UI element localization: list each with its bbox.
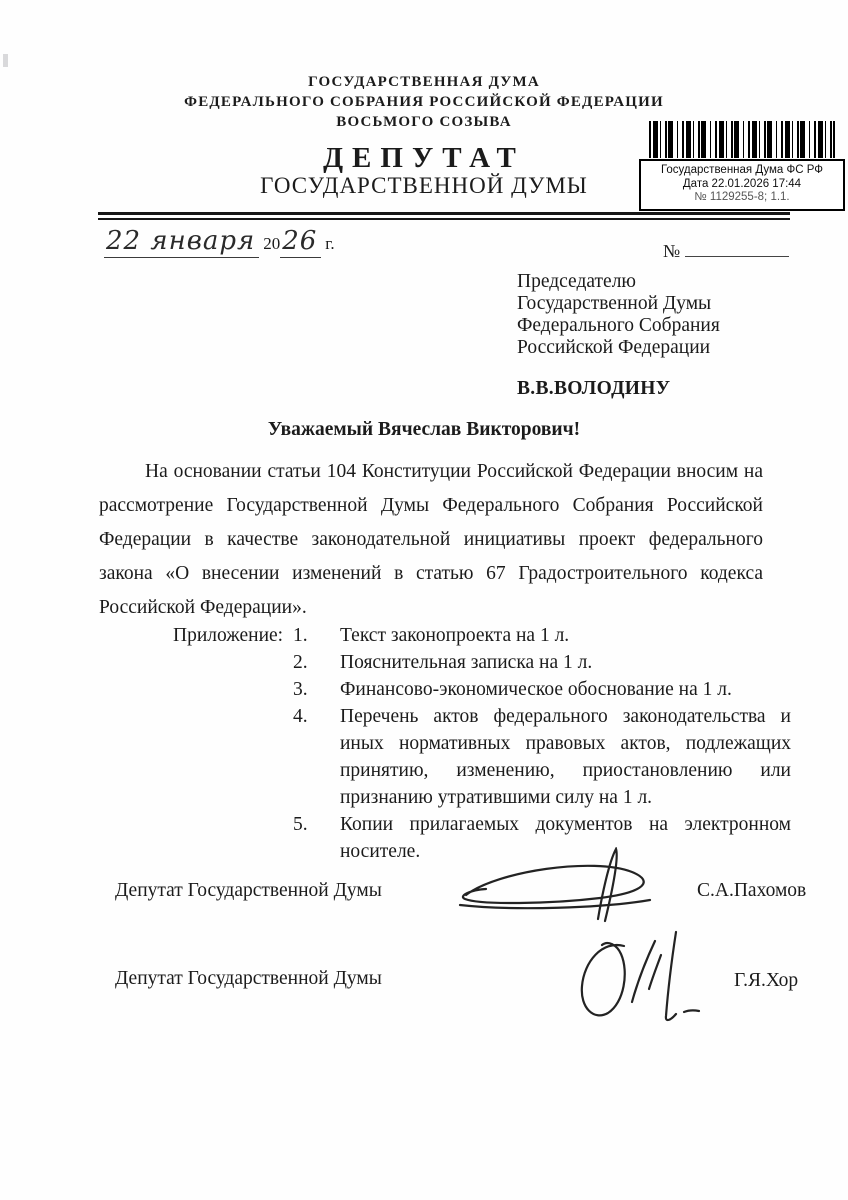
attachment-item: Финансово-экономическое обоснование на 1… <box>340 676 791 703</box>
printed-century: 20 <box>263 234 280 253</box>
stamp-org: Государственная Дума ФС РФ <box>643 164 841 178</box>
stamp-date: Дата 22.01.2026 17:44 <box>643 178 841 192</box>
signature-pakhomov-icon <box>452 847 672 923</box>
letter-document: ГОСУДАРСТВЕННАЯ ДУМА ФЕДЕРАЛЬНОГО СОБРАН… <box>0 0 848 1200</box>
attachment-number: 2. <box>293 649 340 676</box>
recipient-line: Федерального Собрания <box>517 315 720 337</box>
attachments-block: Приложение: 1. Текст законопроекта на 1 … <box>173 622 793 865</box>
org-name-line2: ФЕДЕРАЛЬНОГО СОБРАНИЯ РОССИЙСКОЙ ФЕДЕРАЦ… <box>0 92 848 112</box>
attachment-number: 3. <box>293 676 340 703</box>
attachment-item: Текст законопроекта на 1 л. <box>340 622 791 649</box>
greeting: Уважаемый Вячеслав Викторович! <box>0 419 848 441</box>
attachment-number: 4. <box>293 703 340 811</box>
recipient-block: Председателю Государственной Думы Федера… <box>517 271 720 400</box>
signature-khor-icon <box>572 928 720 1026</box>
scan-artifact <box>3 54 8 67</box>
signature-row: Депутат Государственной Думы Г.Я.Хор <box>0 928 848 1026</box>
recipient-line: Российской Федерации <box>517 337 720 359</box>
outgoing-number-line: № <box>663 240 789 262</box>
signer-title: Депутат Государственной Думы <box>115 880 382 902</box>
date-line: 22 января 2026 г. <box>104 226 335 256</box>
attachment-number: 1. <box>293 622 340 649</box>
number-blank-field <box>685 240 789 257</box>
org-name-line1: ГОСУДАРСТВЕННАЯ ДУМА <box>0 72 848 92</box>
signer-name: С.А.Пахомов <box>697 880 806 902</box>
attachment-item: Перечень актов федерального законодатель… <box>340 703 791 811</box>
attachment-item: Пояснительная записка на 1 л. <box>340 649 791 676</box>
recipient-line: Государственной Думы <box>517 293 720 315</box>
year-suffix: г. <box>325 234 334 253</box>
signer-title: Депутат Государственной Думы <box>115 968 382 990</box>
body-paragraph: На основании статьи 104 Конституции Росс… <box>99 455 763 625</box>
recipient-line: Председателю <box>517 271 720 293</box>
attachments-label: Приложение: <box>173 622 293 649</box>
handwritten-date: 22 января <box>104 226 259 258</box>
registration-stamp: Государственная Дума ФС РФ Дата 22.01.20… <box>639 121 845 211</box>
stamp-text-box: Государственная Дума ФС РФ Дата 22.01.20… <box>639 159 845 211</box>
handwritten-year: 26 <box>280 226 321 258</box>
stamp-number: № 1129255-8; 1.1. <box>643 191 841 205</box>
number-sign: № <box>663 241 680 261</box>
barcode-icon <box>649 121 835 158</box>
letterhead-divider <box>98 212 790 220</box>
signature-row: Депутат Государственной Думы С.А.Пахомов <box>0 845 848 923</box>
signer-name: Г.Я.Хор <box>734 970 798 992</box>
recipient-name: В.В.ВОЛОДИНУ <box>517 378 720 400</box>
